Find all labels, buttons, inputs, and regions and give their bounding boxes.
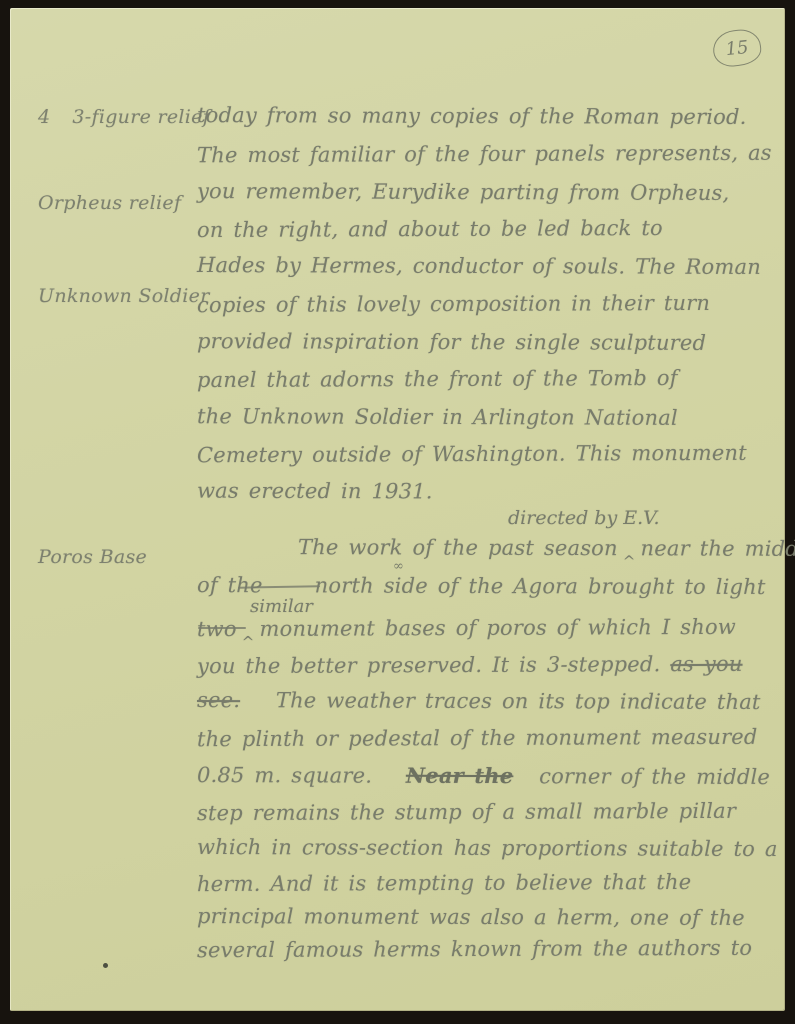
manuscript-line: two^monument bases of poros of which I s… bbox=[197, 615, 736, 641]
margin-note-orpheus-relief: Orpheus relief bbox=[38, 192, 181, 214]
manuscript-line: was erected in 1931. bbox=[197, 479, 433, 504]
line-text: near the middle bbox=[641, 536, 795, 561]
line-text: principal monument was also a herm, one … bbox=[197, 904, 745, 930]
line-text: the plinth or pedestal of the monument m… bbox=[197, 725, 758, 751]
insertion-text: similar bbox=[250, 596, 313, 617]
manuscript-line: today from so many copies of the Roman p… bbox=[197, 103, 747, 129]
stray-ink-dot bbox=[103, 963, 108, 968]
manuscript-line: panel that adorns the front of the Tomb … bbox=[197, 366, 678, 392]
manuscript-line: the Unknown Soldier in Arlington Nationa… bbox=[197, 404, 678, 430]
line-text: step remains the stump of a small marble… bbox=[197, 799, 736, 825]
margin-note-poros-base: Poros Base bbox=[38, 546, 147, 568]
margin-note-text: Unknown Soldier bbox=[38, 285, 210, 307]
line-text: 0.85 m. square. bbox=[197, 763, 372, 788]
insertion-text: directed by E.V. bbox=[508, 507, 660, 529]
manuscript-line: Cemetery outside of Washington. This mon… bbox=[197, 441, 747, 467]
line-text: Hades by Hermes, conductor of souls. The… bbox=[197, 253, 761, 279]
line-text: provided inspiration for the single scul… bbox=[197, 329, 706, 355]
line-text: panel that adorns the front of the Tomb … bbox=[197, 366, 678, 392]
manuscript-line: Hades by Hermes, conductor of souls. The… bbox=[197, 253, 761, 279]
margin-note-unknown-soldier: Unknown Soldier bbox=[38, 285, 210, 307]
manuscript-line: The work of the past season^near the mid… bbox=[298, 535, 795, 561]
manuscript-line: you the better preserved. It is 3-steppe… bbox=[197, 652, 743, 678]
line-text: corner of the middle bbox=[539, 764, 770, 789]
manuscript-line: provided inspiration for the single scul… bbox=[197, 329, 706, 355]
margin-note-text: Orpheus relief bbox=[38, 192, 181, 214]
manuscript-line: principal monument was also a herm, one … bbox=[197, 904, 745, 930]
squiggle-mark: ∞ bbox=[393, 559, 404, 574]
line-text: was erected in 1931. bbox=[197, 479, 433, 504]
line-text: which in cross-section has proportions s… bbox=[197, 835, 778, 861]
line-text: herm. And it is tempting to believe that… bbox=[197, 870, 691, 896]
struck-text: as you bbox=[670, 652, 742, 676]
margin-note-text: Poros Base bbox=[38, 546, 147, 568]
long-crossbar-stroke bbox=[198, 627, 246, 629]
line-text: on the right, and about to be led back t… bbox=[197, 216, 663, 242]
scanned-manuscript-page: 15 43-figure relief Orpheus relief Unkno… bbox=[0, 0, 795, 1024]
manuscript-line: step remains the stump of a small marble… bbox=[197, 799, 736, 825]
line-text: you the better preserved. It is 3-steppe… bbox=[197, 652, 661, 678]
line-text: copies of this lovely composition in the… bbox=[197, 291, 710, 317]
interlinear-insertion-similar: similar bbox=[250, 596, 313, 617]
line-text: the Unknown Soldier in Arlington Nationa… bbox=[197, 404, 678, 430]
manuscript-line: the plinth or pedestal of the monument m… bbox=[197, 725, 758, 751]
line-text: Cemetery outside of Washington. This mon… bbox=[197, 441, 747, 467]
line-text: two bbox=[197, 617, 237, 641]
line-text: monument bases of poros of which I show bbox=[259, 615, 736, 641]
manuscript-line: The most familiar of the four panels rep… bbox=[197, 141, 772, 168]
page-number-badge: 15 bbox=[711, 28, 763, 69]
line-text: today from so many copies of the Roman p… bbox=[197, 103, 747, 129]
manuscript-line: which in cross-section has proportions s… bbox=[197, 835, 778, 861]
line-text: The work of the past season bbox=[298, 535, 618, 560]
line-text: north side of the Agora brought to light bbox=[315, 573, 766, 599]
manuscript-line: on the right, and about to be led back t… bbox=[197, 216, 663, 242]
struck-text: see. bbox=[197, 688, 240, 712]
caret-mark: ^ bbox=[242, 633, 255, 651]
interlinear-insertion-directed: directed by E.V. bbox=[508, 507, 660, 529]
line-text: The most familiar of the four panels rep… bbox=[197, 141, 772, 168]
paper-sheet: 15 43-figure relief Orpheus relief Unkno… bbox=[10, 8, 785, 1011]
struck-text: Near the bbox=[406, 763, 514, 788]
manuscript-line: see. The weather traces on its top indic… bbox=[197, 688, 761, 714]
margin-item-number: 4 bbox=[38, 106, 50, 128]
manuscript-line: copies of this lovely composition in the… bbox=[197, 291, 710, 317]
caret-mark: ^ bbox=[623, 552, 636, 570]
line-text: you remember, Eurydike parting from Orph… bbox=[197, 179, 729, 205]
manuscript-line: 0.85 m. square. Near the corner of the m… bbox=[197, 762, 770, 789]
line-text: several famous herms known from the auth… bbox=[197, 936, 752, 962]
line-text: The weather traces on its top indicate t… bbox=[276, 688, 761, 714]
manuscript-line: you remember, Eurydike parting from Orph… bbox=[197, 179, 729, 205]
margin-note-text: 3-figure relief bbox=[72, 106, 210, 128]
line-text: of the bbox=[197, 573, 263, 597]
margin-note-figure-relief: 43-figure relief bbox=[38, 106, 210, 128]
page-number: 15 bbox=[725, 36, 750, 59]
manuscript-line: herm. And it is tempting to believe that… bbox=[197, 870, 691, 896]
manuscript-line: several famous herms known from the auth… bbox=[197, 936, 752, 962]
